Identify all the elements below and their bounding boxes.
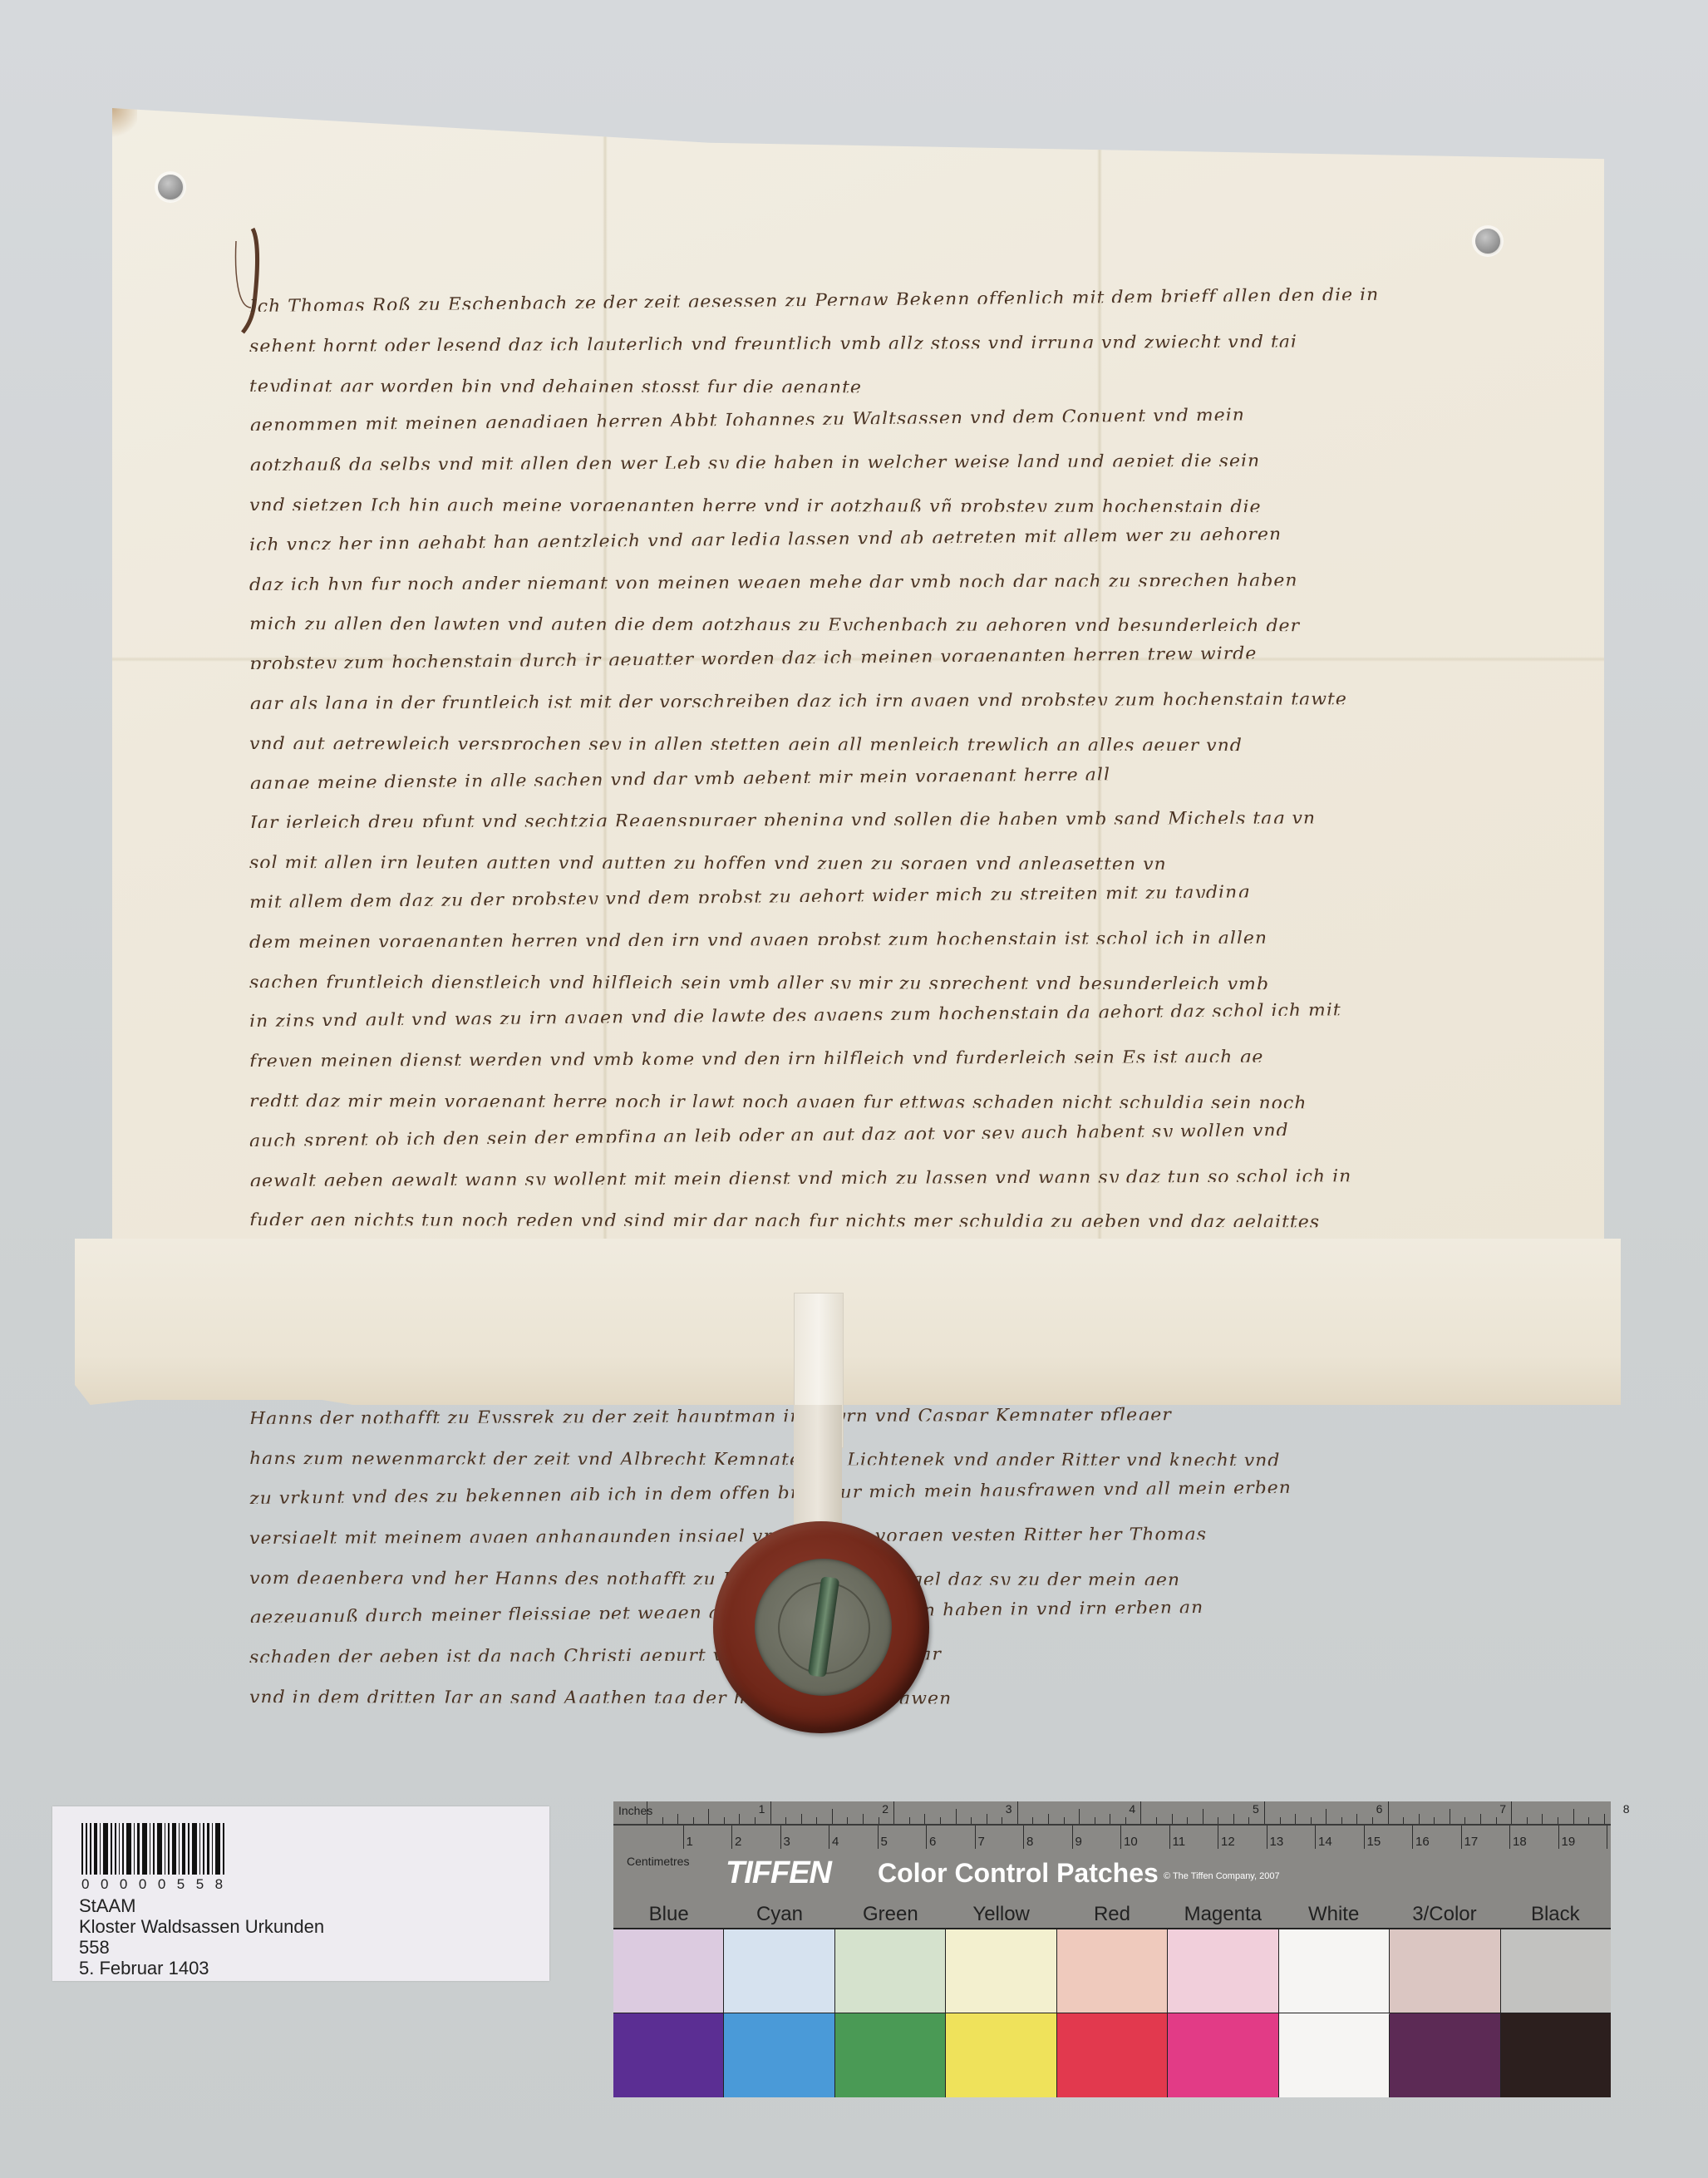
- inch-tick: [647, 1801, 647, 1824]
- script-line: gewalt geben gewalt wann sy wollent mit …: [249, 1161, 1438, 1201]
- inch-tick: [832, 1809, 833, 1824]
- script-line-text: mit allem dem daz zu der probstey vnd de…: [249, 880, 1430, 908]
- inch-tick: [1064, 1817, 1065, 1824]
- inch-tick: [956, 1809, 957, 1824]
- inches-label: Inches: [618, 1804, 652, 1817]
- color-patch-saturated: [1057, 2013, 1168, 2097]
- inch-tick: [1280, 1817, 1281, 1824]
- cm-tick: [1607, 1826, 1607, 1849]
- script-line: Hanns der nothafft zu Eyssrek zu der zei…: [249, 1399, 1438, 1439]
- tiffen-logo: TIFFEN: [726, 1855, 831, 1891]
- inch-tick: [1450, 1809, 1450, 1824]
- magnet-left: [158, 175, 183, 200]
- patch-label: 3/Color: [1389, 1903, 1499, 1928]
- inch-tick: [693, 1817, 694, 1824]
- script-line: ich vncz her inn gehabt han gentzleich v…: [249, 525, 1438, 565]
- script-line: fuder gen nichts tun noch reden vnd sind…: [249, 1200, 1438, 1240]
- script-line-text: gewalt geben gewalt wann sy wollent mit …: [249, 1165, 1430, 1185]
- color-patch-saturated: [1501, 2013, 1611, 2097]
- inch-tick: [924, 1814, 925, 1824]
- inch-tick: [847, 1817, 848, 1824]
- patch-label: Black: [1500, 1903, 1611, 1928]
- inch-mark: 2: [882, 1802, 888, 1816]
- script-line: zu vrkunt vnd des zu bekennen gib ich in…: [249, 1479, 1438, 1519]
- barcode-number: 00000558: [81, 1876, 234, 1893]
- inch-tick: [879, 1817, 879, 1824]
- inch-tick: [1032, 1817, 1033, 1824]
- script-line: sehent hornt oder lesend daz ich lauterl…: [249, 327, 1438, 367]
- script-line: mit allem dem daz zu der probstey vnd de…: [249, 883, 1438, 923]
- cm-mark: 17: [1464, 1835, 1479, 1849]
- cm-tick: [1169, 1826, 1170, 1849]
- cm-tick: [878, 1826, 879, 1849]
- cm-tick: [1412, 1826, 1413, 1849]
- inch-tick: [1496, 1817, 1497, 1824]
- script-line: mich zu allen den lawten vnd guten die d…: [249, 604, 1438, 644]
- cm-mark: 7: [978, 1835, 985, 1849]
- script-line: teydingt gar worden bin vnd dehainen sto…: [249, 367, 1438, 407]
- script-line: vnd sietzen Ich hin auch meine vorgenant…: [249, 485, 1438, 525]
- cm-tick: [1558, 1826, 1559, 1849]
- script-line: sachen fruntleich dienstleich vnd hilfle…: [249, 963, 1438, 1003]
- script-line: probstey zum hochenstain durch ir geuatt…: [249, 644, 1438, 684]
- patch-label: Cyan: [724, 1903, 834, 1928]
- script-line-text: daz ich hyn fur noch ander niemant von m…: [249, 569, 1430, 589]
- wax-seal: [713, 1521, 929, 1733]
- inch-tick: [1434, 1817, 1435, 1824]
- inch-tick: [1295, 1814, 1296, 1824]
- card-title: Color Control Patches: [878, 1858, 1159, 1889]
- color-patch-saturated: [1279, 2013, 1390, 2097]
- inch-ruler: Inches 12345678: [613, 1801, 1611, 1826]
- color-patch-light: [1279, 1929, 1390, 2014]
- inch-tick: [677, 1814, 678, 1824]
- color-patch-light: [1168, 1929, 1278, 2014]
- inch-tick: [940, 1817, 941, 1824]
- cm-tick: [1072, 1826, 1073, 1849]
- patch-label: Yellow: [946, 1903, 1056, 1928]
- color-patch-light: [1501, 1929, 1611, 2014]
- script-line-text: mich zu allen den lawten vnd guten die d…: [249, 614, 1430, 631]
- color-patch-saturated: [613, 2013, 724, 2097]
- script-line-text: in zins vnd gult vnd was zu irn aygen vn…: [249, 999, 1430, 1027]
- inch-mark: 8: [1623, 1802, 1630, 1816]
- cm-mark: 12: [1221, 1835, 1235, 1849]
- cm-tick: [1023, 1826, 1024, 1849]
- color-control-card: Inches 12345678 123456789101112131415161…: [613, 1801, 1611, 2097]
- inch-tick: [1248, 1817, 1249, 1824]
- color-patch-light: [1390, 1929, 1500, 2014]
- script-line: auch sprent ob ich den sein der empfing …: [249, 1121, 1438, 1161]
- script-line: Ich Thomas Roß zu Eschenbach ze der zeit…: [249, 287, 1438, 327]
- magnet-right: [1475, 229, 1500, 254]
- script-line: vnd gut getrewleich versprochen sey in a…: [249, 724, 1438, 764]
- inch-tick: [1264, 1801, 1265, 1824]
- inch-tick: [1388, 1801, 1389, 1824]
- script-line: in zins vnd gult vnd was zu irn aygen vn…: [249, 1002, 1438, 1042]
- patch-label: Green: [835, 1903, 946, 1928]
- inch-tick: [1048, 1814, 1049, 1824]
- inch-tick: [1311, 1817, 1312, 1824]
- inch-tick: [1604, 1814, 1605, 1824]
- color-patch-saturated: [724, 2013, 834, 2097]
- script-line-text: gange meine dienste in alle sachen vnd d…: [249, 761, 1430, 789]
- script-line-text: vnd in dem dritten Jar an sand Agathen t…: [249, 1688, 1164, 1704]
- script-line: dem meinen vorgenanten herren vnd den ir…: [249, 923, 1438, 963]
- script-line-text: redtt daz mir mein vorgenant herre noch …: [249, 1091, 1430, 1108]
- cm-mark: 6: [929, 1835, 936, 1849]
- cm-mark: 18: [1513, 1835, 1527, 1849]
- inch-tick: [662, 1817, 663, 1824]
- script-line: freyen meinen dienst werden vnd vmb kome…: [249, 1042, 1438, 1082]
- script-line-text: sol mit allen irn leuten gutten vnd gutt…: [249, 853, 1430, 870]
- cm-mark: 3: [784, 1835, 790, 1849]
- inch-tick: [816, 1817, 817, 1824]
- cm-mark: 16: [1415, 1835, 1430, 1849]
- color-patch-light: [946, 1929, 1056, 2014]
- cm-mark: 19: [1562, 1835, 1576, 1849]
- patch-label: Blue: [613, 1903, 724, 1928]
- patch-row-light: [613, 1928, 1611, 2014]
- inch-tick: [1095, 1817, 1095, 1824]
- inch-tick: [1233, 1814, 1234, 1824]
- inch-tick: [1326, 1809, 1327, 1824]
- color-patch-light: [1057, 1929, 1168, 2014]
- document-number: 558: [79, 1938, 110, 1958]
- color-patch-light: [835, 1929, 946, 2014]
- script-line: redtt daz mir mein vorgenant herre noch …: [249, 1082, 1438, 1121]
- inch-tick: [1218, 1817, 1218, 1824]
- inch-tick: [785, 1817, 786, 1824]
- cm-tick: [683, 1826, 684, 1849]
- cm-tick: [1218, 1826, 1218, 1849]
- patch-row-saturated: [613, 2013, 1611, 2097]
- cm-tick: [829, 1826, 829, 1849]
- script-line: daz ich hyn fur noch ander niemant von m…: [249, 565, 1438, 605]
- script-line-text: gar als lang in der fruntleich ist mit d…: [249, 689, 1430, 709]
- script-line: genommen mit meinen genadigen herren Abb…: [249, 406, 1438, 446]
- script-line-text: teydingt gar worden bin vnd dehainen sto…: [249, 377, 1430, 393]
- archive-name: StAAM: [79, 1896, 135, 1916]
- inch-tick: [1527, 1817, 1528, 1824]
- inch-tick: [1187, 1817, 1188, 1824]
- color-patch-saturated: [1168, 2013, 1278, 2097]
- script-line-text: gotzhauß da selbs vnd mit allen den wer …: [249, 451, 1430, 471]
- cm-mark: 4: [832, 1835, 839, 1849]
- inch-tick: [909, 1817, 910, 1824]
- seal-strip-hanging: [794, 1405, 842, 1530]
- script-line-text: vnd sietzen Ich hin auch meine vorgenant…: [249, 495, 1430, 512]
- script-line-text: auch sprent ob ich den sein der empfing …: [249, 1119, 1430, 1146]
- cm-mark: 2: [735, 1835, 741, 1849]
- inch-mark: 4: [1129, 1802, 1135, 1816]
- patch-label: Red: [1056, 1903, 1167, 1928]
- cm-mark: 9: [1075, 1835, 1082, 1849]
- script-line: sol mit allen irn leuten gutten vnd gutt…: [249, 843, 1438, 883]
- inch-mark: 7: [1499, 1802, 1506, 1816]
- plica-fold: [75, 1239, 1621, 1405]
- inch-tick: [770, 1801, 771, 1824]
- color-patch-saturated: [946, 2013, 1056, 2097]
- script-line: hans zum newenmarckt der zeit vnd Albrec…: [249, 1439, 1438, 1479]
- cm-mark: 8: [1026, 1835, 1033, 1849]
- script-line-text: sachen fruntleich dienstleich vnd hilfle…: [249, 973, 1430, 989]
- cm-mark: 13: [1270, 1835, 1284, 1849]
- script-line: Jar jerleich dreu pfunt vnd sechtzig Reg…: [249, 803, 1438, 843]
- inch-tick: [1172, 1814, 1173, 1824]
- script-line-text: fuder gen nichts tun noch reden vnd sind…: [249, 1210, 1430, 1227]
- color-patch-saturated: [1390, 2013, 1500, 2097]
- inch-tick: [1511, 1801, 1512, 1824]
- color-patch-light: [724, 1929, 834, 2014]
- inch-mark: 5: [1253, 1802, 1259, 1816]
- script-line-text: freyen meinen dienst werden vnd vmb kome…: [249, 1047, 1430, 1067]
- collection-name: Kloster Waldsassen Urkunden: [79, 1917, 324, 1937]
- color-patch-light: [613, 1929, 724, 2014]
- patch-label: White: [1278, 1903, 1389, 1928]
- cm-tick: [1267, 1826, 1267, 1849]
- charter-text: Ich Thomas Roß zu Eschenbach ze der zeit…: [249, 287, 1438, 1717]
- cm-tick: [1120, 1826, 1121, 1849]
- script-line-text: probstey zum hochenstain durch ir geuatt…: [249, 642, 1430, 669]
- inch-tick: [1356, 1814, 1357, 1824]
- cm-tick: [1315, 1826, 1316, 1849]
- color-patch-saturated: [835, 2013, 946, 2097]
- cm-mark: 5: [881, 1835, 888, 1849]
- patch-label: Magenta: [1168, 1903, 1278, 1928]
- cm-tick: [731, 1826, 732, 1849]
- inch-tick: [801, 1814, 802, 1824]
- seal-impression: [755, 1559, 892, 1696]
- inch-tick: [1079, 1809, 1080, 1824]
- inch-tick: [1017, 1801, 1018, 1824]
- inch-tick: [1203, 1809, 1203, 1824]
- cm-tick: [1509, 1826, 1510, 1849]
- inch-tick: [1341, 1817, 1342, 1824]
- copyright-text: © The Tiffen Company, 2007: [1164, 1871, 1280, 1881]
- inch-tick: [1588, 1817, 1589, 1824]
- centimetres-label: Centimetres: [627, 1855, 689, 1868]
- archive-label: 00000558 StAAM Kloster Waldsassen Urkund…: [52, 1806, 549, 1981]
- cm-mark: 15: [1367, 1835, 1381, 1849]
- script-line: gotzhauß da selbs vnd mit allen den wer …: [249, 446, 1438, 485]
- cm-tick: [1364, 1826, 1365, 1849]
- script-line-text: vnd gut getrewleich versprochen sey in a…: [249, 734, 1430, 751]
- cm-mark: 10: [1124, 1835, 1138, 1849]
- barcode-icon: [81, 1823, 227, 1875]
- inch-tick: [739, 1814, 740, 1824]
- inch-tick: [724, 1817, 725, 1824]
- inch-tick: [708, 1809, 709, 1824]
- inch-tick: [1140, 1801, 1141, 1824]
- inch-tick: [1110, 1814, 1110, 1824]
- inch-tick: [1542, 1814, 1543, 1824]
- cm-tick: [975, 1826, 976, 1849]
- inch-mark: 1: [759, 1802, 765, 1816]
- inch-tick: [893, 1801, 894, 1824]
- script-line-text: sehent hornt oder lesend daz ich lauterl…: [249, 332, 1430, 352]
- inch-tick: [1403, 1817, 1404, 1824]
- cm-tick: [926, 1826, 927, 1849]
- script-line-text: ich vncz her inn gehabt han gentzleich v…: [249, 523, 1430, 550]
- cm-tick: [1461, 1826, 1462, 1849]
- cm-mark: 11: [1173, 1835, 1186, 1849]
- inch-tick: [1558, 1817, 1558, 1824]
- inch-tick: [987, 1814, 987, 1824]
- inch-tick: [1573, 1809, 1574, 1824]
- script-line-text: Ich Thomas Roß zu Eschenbach ze der zeit…: [249, 284, 1430, 312]
- script-line-text: dem meinen vorgenanten herren vnd den ir…: [249, 928, 1430, 948]
- cm-mark: 1: [687, 1835, 693, 1849]
- script-line: gar als lang in der fruntleich ist mit d…: [249, 684, 1438, 724]
- inch-mark: 6: [1376, 1802, 1383, 1816]
- document-date: 5. Februar 1403: [79, 1959, 209, 1978]
- inch-tick: [1125, 1817, 1126, 1824]
- cm-mark: 14: [1318, 1835, 1332, 1849]
- script-line-text: genommen mit meinen genadigen herren Abb…: [249, 404, 1430, 431]
- inch-tick: [1156, 1817, 1157, 1824]
- inch-tick: [1480, 1814, 1481, 1824]
- inch-tick: [1419, 1814, 1420, 1824]
- script-line: gange meine dienste in alle sachen vnd d…: [249, 764, 1438, 804]
- cm-tick: [780, 1826, 781, 1849]
- script-line-text: Jar jerleich dreu pfunt vnd sechtzig Reg…: [249, 808, 1430, 828]
- patch-labels: BlueCyanGreenYellowRedMagentaWhite3/Colo…: [613, 1903, 1611, 1928]
- inch-tick: [1002, 1817, 1002, 1824]
- inch-tick: [971, 1817, 972, 1824]
- inch-tick: [863, 1814, 864, 1824]
- inch-mark: 3: [1006, 1802, 1012, 1816]
- inch-tick: [1464, 1817, 1465, 1824]
- inch-tick: [755, 1817, 756, 1824]
- corner-stain: [112, 108, 137, 141]
- inch-tick: [1372, 1817, 1373, 1824]
